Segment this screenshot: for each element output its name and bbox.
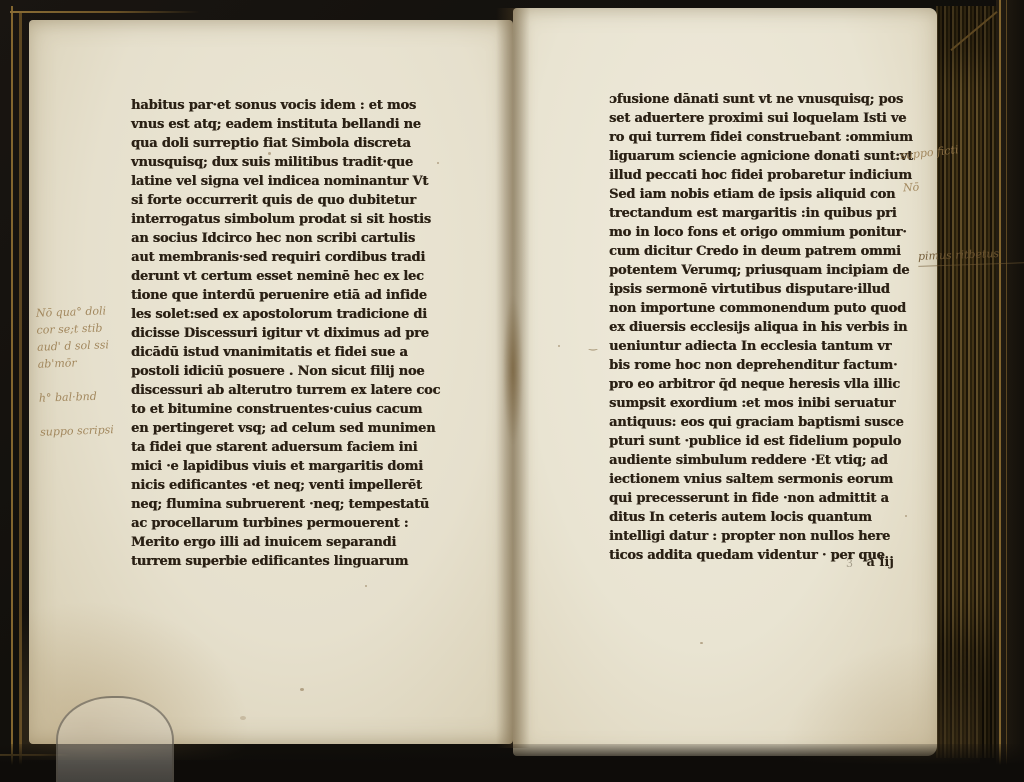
marginal-nota-mark: ‿ — [589, 340, 597, 351]
foxing-spot — [365, 585, 367, 587]
foxing-spot — [268, 152, 271, 155]
gold-fillet-left-outer — [11, 6, 13, 782]
gold-fillet-right-inner — [1006, 0, 1007, 782]
foxing-spot — [300, 688, 304, 691]
printed-text-left-page: habitus par·et sonus vocis idem : et mos… — [131, 96, 471, 571]
marginalia-right-lower-note: pimus ritbetus — [918, 244, 1024, 267]
foxing-spot — [437, 162, 439, 164]
foxing-spot — [760, 483, 762, 485]
printed-text-right-page: ɔfusione dānati sunt vt ne vnusquisq; po… — [609, 90, 935, 565]
quire-signature-mark: a iij — [830, 555, 894, 570]
book-photograph: habitus par·et sonus vocis idem : et mos… — [0, 0, 1024, 782]
marginalia-right-nota-abbrev: Nō — [903, 179, 920, 197]
translucent-cradle-tab — [56, 696, 174, 782]
foxing-spot — [240, 716, 246, 720]
marginalia-left-note: Nō qua° doli cor se;t stib aud' d sol ss… — [36, 301, 141, 440]
page-fore-edge — [936, 6, 998, 758]
gold-fillet-top — [10, 11, 200, 13]
pencil-foliation-mark: 3 — [846, 557, 853, 570]
gutter-stain — [503, 295, 523, 445]
foxing-spot — [558, 345, 560, 347]
foxing-spot — [905, 515, 907, 517]
foxing-spot — [700, 642, 703, 644]
foxing-spot — [845, 95, 847, 97]
gold-fillet-left-inner — [19, 12, 22, 776]
gold-fillet-right-outer — [999, 0, 1001, 782]
